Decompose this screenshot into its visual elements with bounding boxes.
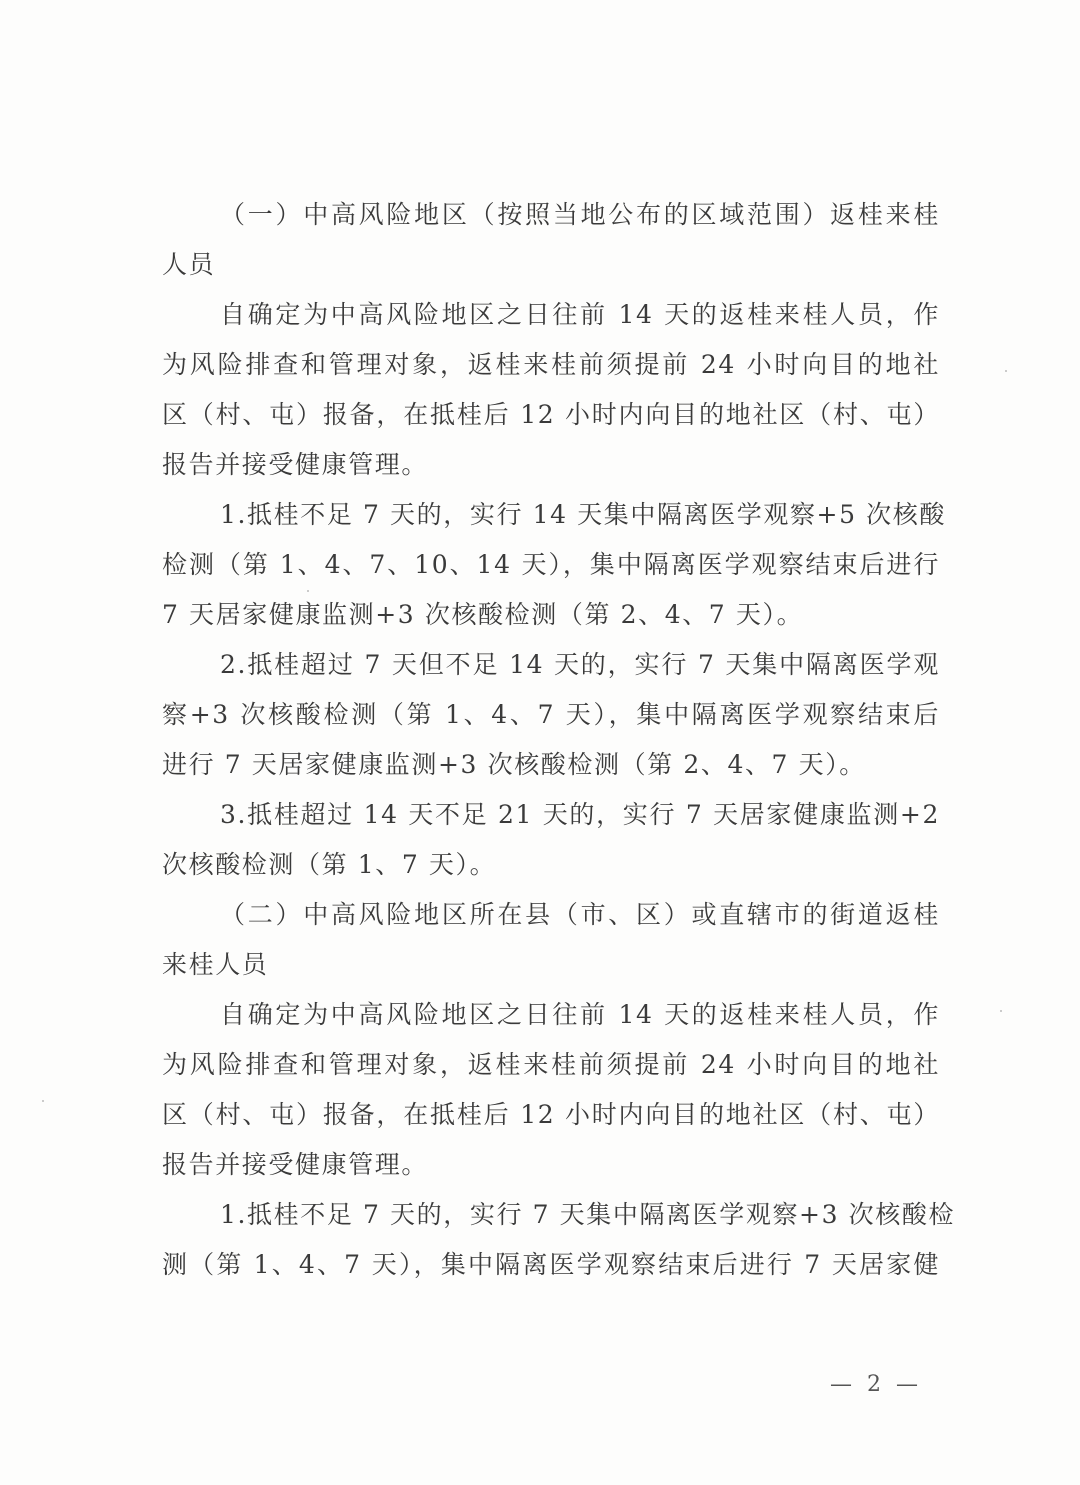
- section-2-intro-line-4: 报告并接受健康管理。: [162, 1140, 940, 1190]
- scan-speck: [42, 1100, 44, 1102]
- section-2-item-1-line-2: 测（第 1、4、7 天），集中隔离医学观察结束后进行 7 天居家健: [162, 1240, 940, 1290]
- section-2-intro-line-1: 自确定为中高风险地区之日往前 14 天的返桂来桂人员，作: [162, 990, 940, 1040]
- section-2-intro-line-2: 为风险排查和管理对象，返桂来桂前须提前 24 小时向目的地社: [162, 1040, 940, 1090]
- scan-speck: [1005, 370, 1007, 372]
- section-1-item-1-line-1: 1.抵桂不足 7 天的，实行 14 天集中隔离医学观察+5 次核酸: [162, 490, 940, 540]
- section-2-heading-line-2: 来桂人员: [162, 940, 940, 990]
- section-1-intro-line-4: 报告并接受健康管理。: [162, 440, 940, 490]
- section-1-intro-line-2: 为风险排查和管理对象，返桂来桂前须提前 24 小时向目的地社: [162, 340, 940, 390]
- section-2-heading-line-1: （二）中高风险地区所在县（市、区）或直辖市的街道返桂: [162, 890, 940, 940]
- section-1-intro-line-3: 区（村、屯）报备，在抵桂后 12 小时内向目的地社区（村、屯）: [162, 390, 940, 440]
- section-1-item-1-line-2: 检测（第 1、4、7、10、14 天），集中隔离医学观察结束后进行: [162, 540, 940, 590]
- section-2-intro-line-3: 区（村、屯）报备，在抵桂后 12 小时内向目的地社区（村、屯）: [162, 1090, 940, 1140]
- section-2-item-1-line-1: 1.抵桂不足 7 天的，实行 7 天集中隔离医学观察+3 次核酸检: [162, 1190, 940, 1240]
- scan-speck: [1000, 1010, 1002, 1012]
- section-1-item-2-line-1: 2.抵桂超过 7 天但不足 14 天的，实行 7 天集中隔离医学观: [162, 640, 940, 690]
- section-1-item-2-line-2: 察+3 次核酸检测（第 1、4、7 天），集中隔离医学观察结束后: [162, 690, 940, 740]
- section-1-item-3-line-2: 次核酸检测（第 1、7 天）。: [162, 840, 940, 890]
- section-1-item-3-line-1: 3.抵桂超过 14 天不足 21 天的，实行 7 天居家健康监测+2: [162, 790, 940, 840]
- section-1-intro-line-1: 自确定为中高风险地区之日往前 14 天的返桂来桂人员，作: [162, 290, 940, 340]
- scan-speck: [307, 590, 309, 592]
- section-1-heading-line-1: （一）中高风险地区（按照当地公布的区域范围）返桂来桂: [162, 190, 940, 240]
- document-body: （一）中高风险地区（按照当地公布的区域范围）返桂来桂 人员 自确定为中高风险地区…: [162, 190, 940, 1290]
- section-1-item-1-line-3: 7 天居家健康监测+3 次核酸检测（第 2、4、7 天）。: [162, 590, 940, 640]
- section-1-item-2-line-3: 进行 7 天居家健康监测+3 次核酸检测（第 2、4、7 天）。: [162, 740, 940, 790]
- page-number: — 2 —: [830, 1372, 922, 1397]
- section-1-heading-line-2: 人员: [162, 240, 940, 290]
